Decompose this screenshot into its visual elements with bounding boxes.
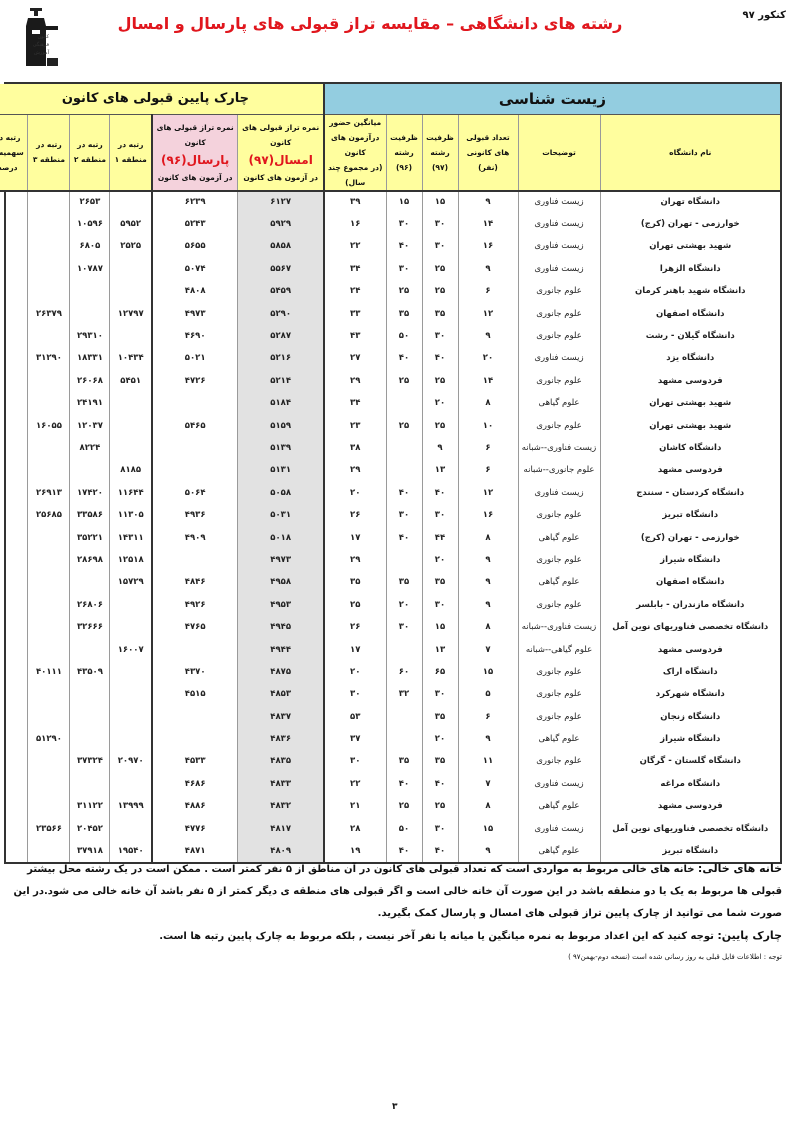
cell-rank-region2: ۲۹۳۱۰: [70, 325, 110, 347]
cell-rank-region1: [110, 258, 152, 280]
cell-rank-region3: [28, 638, 70, 660]
cell-rank-region2: ۲۴۱۹۱: [70, 392, 110, 414]
cell-capacity-96: ۴۰: [386, 773, 422, 795]
cell-university: دانشگاه اصفهان: [600, 302, 780, 324]
svg-text:کانون: کانون: [37, 34, 49, 40]
cell-rank-region1: ۱۲۵۱۸: [110, 549, 152, 571]
col-capacity-96-line: رشته: [387, 145, 422, 160]
cell-taraz-96: [152, 549, 238, 571]
cell-taraz-97: ۵۲۸۷: [238, 325, 324, 347]
cell-rank-region3: [28, 750, 70, 772]
cell-capacity-96: ۴۰: [386, 235, 422, 257]
cell-taraz-96: [152, 392, 238, 414]
cell-taraz-97: ۴۹۵۸: [238, 571, 324, 593]
table-row: فردوسی مشهدعلوم جانوری۱۴۲۵۲۵۲۹۵۲۱۴۴۷۲۶۵۴…: [0, 370, 780, 392]
cell-taraz-97: ۴۸۱۷: [238, 817, 324, 839]
cell-rank-5pct: [0, 347, 28, 369]
cell-rank-5pct: [0, 750, 28, 772]
table-row: دانشگاه کردستان - سنندجزیست فناوری۱۲۴۰۴۰…: [0, 482, 780, 504]
col-description: توضیحات: [518, 114, 600, 191]
cell-rank-region1: [110, 392, 152, 414]
cell-rank-5pct: [0, 661, 28, 683]
col-rank-region2-line: رتبه در: [70, 137, 109, 152]
cell-rank-region3: [28, 705, 70, 727]
cell-capacity-97: ۳۰: [422, 683, 458, 705]
chark-band: چارک پایین قبولی های کانون: [0, 84, 324, 114]
cell-rank-region1: [110, 437, 152, 459]
cell-rank-region2: [70, 705, 110, 727]
cell-taraz-96: ۴۹۷۳: [152, 302, 238, 324]
cell-accepted-count: ۶: [458, 705, 518, 727]
cell-capacity-96: [386, 437, 422, 459]
cell-capacity-97: ۴۰: [422, 482, 458, 504]
col-taraz-97-big: امسال(۹۷): [238, 150, 323, 170]
cell-university: دانشگاه اراک: [600, 661, 780, 683]
field-band: زیست شناسی: [324, 84, 780, 114]
cell-capacity-97: ۲۵: [422, 258, 458, 280]
cell-rank-5pct: [0, 616, 28, 638]
cell-rank-region1: ۱۱۶۴۴: [110, 482, 152, 504]
cell-rank-region2: ۱۰۷۸۷: [70, 258, 110, 280]
cell-capacity-97: ۲۵: [422, 280, 458, 302]
cell-taraz-97: ۵۲۱۶: [238, 347, 324, 369]
cell-description: علوم جانوری: [518, 280, 600, 302]
cell-taraz-97: ۵۸۵۸: [238, 235, 324, 257]
cell-description: زیست فناوری--شبانه: [518, 437, 600, 459]
cell-university: دانشگاه مازندران - بابلسر: [600, 594, 780, 616]
cell-capacity-96: ۳۰: [386, 258, 422, 280]
cell-accepted-count: ۶: [458, 459, 518, 481]
page-title: رشته های دانشگاهی – مقایسه تراز قبولی ها…: [110, 14, 630, 33]
cell-taraz-96: [152, 437, 238, 459]
cell-university: دانشگاه تهران: [600, 191, 780, 213]
col-capacity-96-line: ظرفیت: [387, 130, 422, 145]
cell-rank-region1: ۲۰۹۷۰: [110, 750, 152, 772]
cell-rank-region2: ۳۳۵۸۶: [70, 504, 110, 526]
cell-taraz-97: ۴۹۷۳: [238, 549, 324, 571]
table-row: دانشگاه زنجانعلوم جانوری۶۳۵۵۳۴۸۳۷: [0, 705, 780, 727]
cell-taraz-96: ۵۶۵۵: [152, 235, 238, 257]
page-number: ۳: [392, 1102, 398, 1112]
cell-rank-region2: [70, 773, 110, 795]
cell-capacity-96: [386, 705, 422, 727]
cell-rank-region3: [28, 235, 70, 257]
cell-capacity-97: ۶۵: [422, 661, 458, 683]
cell-rank-region2: ۲۶۸۰۶: [70, 594, 110, 616]
table-row: دانشگاه اراکعلوم جانوری۱۵۶۵۶۰۲۰۴۸۷۵۴۳۷۰۴…: [0, 661, 780, 683]
cell-accepted-count: ۱۲: [458, 302, 518, 324]
cell-capacity-96: ۲۵: [386, 795, 422, 817]
cell-rank-region2: ۴۳۵۰۹: [70, 661, 110, 683]
cell-rank-region3: ۲۳۵۶۶: [28, 817, 70, 839]
cell-rank-region3: [28, 459, 70, 481]
cell-taraz-96: [152, 459, 238, 481]
cell-taraz-97: ۴۸۷۵: [238, 661, 324, 683]
cell-taraz-96: ۶۲۳۹: [152, 191, 238, 213]
cell-description: علوم گیاهی: [518, 392, 600, 414]
kanoon-logo-icon: کانون فرهنگی آموزش: [22, 6, 60, 68]
cell-rank-region1: ۵۹۵۲: [110, 213, 152, 235]
cell-description: زیست فناوری: [518, 817, 600, 839]
cell-description: علوم جانوری: [518, 549, 600, 571]
col-accepted-count-line: (نفر): [459, 160, 518, 175]
table-row: خوارزمی - تهران (کرج)علوم گیاهی۸۴۴۴۰۱۷۵۰…: [0, 526, 780, 548]
cell-capacity-96: ۲۵: [386, 370, 422, 392]
col-taraz-97-bottom: در آزمون های کانون: [238, 170, 323, 185]
cell-avg-attendance: ۲۹: [324, 459, 386, 481]
cell-description: علوم گیاهی: [518, 795, 600, 817]
col-capacity-97: ظرفیترشته(۹۷): [422, 114, 458, 191]
cell-capacity-96: ۴۰: [386, 526, 422, 548]
cell-rank-region1: ۲۵۲۵: [110, 235, 152, 257]
cell-taraz-97: ۴۹۵۳: [238, 594, 324, 616]
col-rank-region2: رتبه درمنطقه ۲: [70, 114, 110, 191]
col-rank-5pct-line: سهمیه ۵: [0, 145, 27, 160]
col-taraz-96-top: نمره تراز قبولی های کانون: [153, 120, 238, 150]
table-row: فردوسی مشهدعلوم گیاهی--شبانه۷۱۳۱۷۴۹۴۴۱۶۰…: [0, 638, 780, 660]
cell-rank-region3: ۱۶۰۵۵: [28, 414, 70, 436]
cell-capacity-97: ۳۵: [422, 302, 458, 324]
cell-rank-region3: [28, 683, 70, 705]
cell-capacity-97: ۲۰: [422, 549, 458, 571]
cell-capacity-96: [386, 549, 422, 571]
cell-avg-attendance: ۲۰: [324, 661, 386, 683]
cell-university: فردوسی مشهد: [600, 370, 780, 392]
cell-capacity-97: ۴۰: [422, 347, 458, 369]
cell-taraz-96: [152, 728, 238, 750]
cell-capacity-97: ۱۳: [422, 459, 458, 481]
cell-university: دانشگاه شیراز: [600, 728, 780, 750]
cell-avg-attendance: ۳۴: [324, 392, 386, 414]
cell-description: زیست فناوری: [518, 347, 600, 369]
cell-description: زیست فناوری: [518, 258, 600, 280]
cell-capacity-97: ۳۵: [422, 705, 458, 727]
cell-university: دانشگاه کردستان - سنندج: [600, 482, 780, 504]
cell-taraz-97: ۵۲۱۴: [238, 370, 324, 392]
col-taraz-96-big: پارسال(۹۶): [153, 150, 238, 170]
table-row: دانشگاه تبریزعلوم جانوری۱۶۳۰۳۰۲۶۵۰۳۱۴۹۳۶…: [0, 504, 780, 526]
cell-university: دانشگاه گلستان - گرگان: [600, 750, 780, 772]
cell-avg-attendance: ۲۶: [324, 616, 386, 638]
cell-rank-region2: ۱۷۴۲۰: [70, 482, 110, 504]
cell-accepted-count: ۲۰: [458, 347, 518, 369]
cell-university: دانشگاه زنجان: [600, 705, 780, 727]
cell-rank-region1: ۱۱۳۰۵: [110, 504, 152, 526]
col-capacity-96: ظرفیترشته(۹۶): [386, 114, 422, 191]
cell-rank-5pct: [0, 482, 28, 504]
cell-capacity-97: ۳۰: [422, 235, 458, 257]
konkur-label: کنکور ۹۷: [743, 10, 786, 21]
col-rank-region3: رتبه درمنطقه ۳: [28, 114, 70, 191]
cell-avg-attendance: ۲۲: [324, 235, 386, 257]
cell-rank-region2: [70, 728, 110, 750]
cell-accepted-count: ۱۶: [458, 235, 518, 257]
cell-avg-attendance: ۲۵: [324, 594, 386, 616]
cell-taraz-97: ۵۴۵۹: [238, 280, 324, 302]
cell-university: دانشگاه کاشان: [600, 437, 780, 459]
cell-taraz-97: ۵۱۵۹: [238, 414, 324, 436]
cell-university: دانشگاه تبریز: [600, 504, 780, 526]
table-row: دانشگاه شیرازعلوم جانوری۹۲۰۲۹۴۹۷۳۱۲۵۱۸۲۸…: [0, 549, 780, 571]
cell-rank-region1: [110, 414, 152, 436]
cell-rank-5pct: [0, 258, 28, 280]
cell-capacity-96: ۲۵: [386, 280, 422, 302]
cell-taraz-97: ۵۰۱۸: [238, 526, 324, 548]
cell-rank-region2: [70, 571, 110, 593]
cell-rank-region3: [28, 571, 70, 593]
col-rank-region1-line: منطقه ۱: [110, 152, 151, 167]
cell-avg-attendance: ۳۳: [324, 302, 386, 324]
cell-rank-region1: [110, 683, 152, 705]
cell-rank-region2: ۲۸۶۹۸: [70, 549, 110, 571]
cell-rank-region1: ۱۳۹۹۹: [110, 795, 152, 817]
cell-accepted-count: ۱۵: [458, 817, 518, 839]
cell-avg-attendance: ۲۳: [324, 414, 386, 436]
cell-capacity-97: ۳۰: [422, 594, 458, 616]
cell-university: خوارزمی - تهران (کرج): [600, 526, 780, 548]
column-header-row: نام دانشگاهتوضیحاتتعداد قبولیهای کانونی(…: [0, 114, 780, 191]
cell-rank-region3: [28, 392, 70, 414]
cell-description: علوم جانوری: [518, 750, 600, 772]
cell-rank-5pct: [0, 728, 28, 750]
cell-rank-region2: [70, 638, 110, 660]
col-rank-region3-line: رتبه در: [28, 137, 69, 152]
cell-avg-attendance: ۳۸: [324, 437, 386, 459]
col-avg-attendance-line: درآزمون های کانون: [325, 130, 386, 160]
cell-description: علوم گیاهی: [518, 571, 600, 593]
cell-rank-region3: [28, 594, 70, 616]
table-row: شهید بهشتی تهرانزیست فناوری۱۶۳۰۴۰۲۲۵۸۵۸۵…: [0, 235, 780, 257]
cell-accepted-count: ۸: [458, 616, 518, 638]
cell-accepted-count: ۱۵: [458, 661, 518, 683]
cell-rank-5pct: [0, 594, 28, 616]
table-row: خوارزمی - تهران (کرج)زیست فناوری۱۴۳۰۳۰۱۶…: [0, 213, 780, 235]
cell-accepted-count: ۱۱: [458, 750, 518, 772]
cell-avg-attendance: ۲۲: [324, 773, 386, 795]
cell-avg-attendance: ۲۸: [324, 817, 386, 839]
cell-rank-5pct: [0, 370, 28, 392]
cell-description: علوم گیاهی--شبانه: [518, 638, 600, 660]
cell-capacity-96: ۵۰: [386, 817, 422, 839]
note-chark-label: چارک پایین:: [717, 929, 782, 942]
cell-rank-region1: ۱۲۷۹۷: [110, 302, 152, 324]
cell-accepted-count: ۷: [458, 773, 518, 795]
cell-rank-5pct: [0, 459, 28, 481]
cell-avg-attendance: ۳۵: [324, 571, 386, 593]
cell-university: دانشگاه تخصصی فناوریهای نوین آمل: [600, 817, 780, 839]
cell-taraz-97: ۴۸۳۲: [238, 795, 324, 817]
cell-description: زیست فناوری: [518, 482, 600, 504]
cell-rank-region1: [110, 191, 152, 213]
cell-rank-region1: [110, 817, 152, 839]
cell-rank-region2: [70, 302, 110, 324]
col-university: نام دانشگاه: [600, 114, 780, 191]
cell-capacity-96: ۳۰: [386, 616, 422, 638]
cell-taraz-97: ۵۱۸۴: [238, 392, 324, 414]
note-empty-cells: خانه های خالی: خانه های خالی مربوط به مو…: [12, 858, 782, 925]
cell-description: علوم گیاهی: [518, 728, 600, 750]
table-row: دانشگاه مراغهزیست فناوری۷۴۰۴۰۲۲۴۸۳۳۴۶۸۶: [0, 773, 780, 795]
cell-accepted-count: ۷: [458, 638, 518, 660]
cell-capacity-97: ۱۳: [422, 638, 458, 660]
note-empty-text: خانه های خالی مربوط به مواردی است که تعد…: [13, 864, 782, 919]
cell-capacity-97: ۳۰: [422, 817, 458, 839]
table-row: دانشگاه تهرانزیست فناوری۹۱۵۱۵۳۹۶۱۲۷۶۲۳۹۲…: [0, 191, 780, 213]
cell-rank-region1: [110, 705, 152, 727]
cell-university: خوارزمی - تهران (کرج): [600, 213, 780, 235]
col-capacity-97-line: (۹۷): [423, 160, 458, 175]
cell-avg-attendance: ۱۷: [324, 638, 386, 660]
cell-capacity-97: ۲۰: [422, 392, 458, 414]
table-row: دانشگاه یزدزیست فناوری۲۰۴۰۴۰۲۷۵۲۱۶۵۰۲۱۱۰…: [0, 347, 780, 369]
update-note: توجه : اطلاعات فایل قبلی به روز رسانی شد…: [12, 950, 782, 964]
cell-rank-region2: [70, 459, 110, 481]
cell-rank-5pct: [0, 549, 28, 571]
cell-capacity-96: [386, 459, 422, 481]
cell-description: علوم جانوری: [518, 325, 600, 347]
cell-rank-region2: ۲۰۴۵۲: [70, 817, 110, 839]
cell-rank-region3: [28, 258, 70, 280]
col-rank-region1-line: رتبه در: [110, 137, 151, 152]
col-taraz-96-bottom: در آزمون های کانون: [153, 170, 238, 185]
cell-description: علوم جانوری: [518, 661, 600, 683]
cell-taraz-97: ۴۹۴۴: [238, 638, 324, 660]
cell-rank-region3: [28, 437, 70, 459]
cell-taraz-96: ۴۸۸۶: [152, 795, 238, 817]
cell-taraz-96: ۴۷۷۶: [152, 817, 238, 839]
note-chark-text: توجه کنید که این اعداد مربوط به نمره میا…: [159, 931, 717, 942]
cell-taraz-97: ۴۸۳۳: [238, 773, 324, 795]
cell-description: زیست فناوری: [518, 191, 600, 213]
cell-accepted-count: ۱۰: [458, 414, 518, 436]
cell-description: علوم جانوری: [518, 705, 600, 727]
cell-rank-5pct: [0, 235, 28, 257]
cell-university: فردوسی مشهد: [600, 459, 780, 481]
col-capacity-97-line: رشته: [423, 145, 458, 160]
cell-rank-5pct: [0, 638, 28, 660]
cell-taraz-96: ۵۴۶۵: [152, 414, 238, 436]
table-row: فردوسی مشهدعلوم جانوری--شبانه۶۱۳۲۹۵۱۳۱۸۱…: [0, 459, 780, 481]
cell-taraz-97: ۵۵۶۷: [238, 258, 324, 280]
cell-avg-attendance: ۱۷: [324, 526, 386, 548]
cell-accepted-count: ۱۶: [458, 504, 518, 526]
cell-avg-attendance: ۳۰: [324, 683, 386, 705]
cell-rank-region3: [28, 549, 70, 571]
cell-rank-region2: ۱۸۳۳۱: [70, 347, 110, 369]
cell-taraz-96: ۵۰۶۴: [152, 482, 238, 504]
cell-description: علوم جانوری: [518, 683, 600, 705]
cell-capacity-96: ۳۲: [386, 683, 422, 705]
cell-capacity-97: ۲۵: [422, 414, 458, 436]
cell-rank-region1: ۱۶۰۰۷: [110, 638, 152, 660]
cell-rank-5pct: [0, 526, 28, 548]
cell-taraz-97: ۴۸۳۷: [238, 705, 324, 727]
cell-taraz-96: ۴۸۴۶: [152, 571, 238, 593]
cell-rank-region3: ۲۵۶۸۵: [28, 504, 70, 526]
col-taraz-96: نمره تراز قبولی های کانونپارسال(۹۶)در آز…: [152, 114, 238, 191]
cell-taraz-96: [152, 705, 238, 727]
table-row: دانشگاه اصفهانعلوم جانوری۱۲۳۵۳۵۳۳۵۲۹۰۴۹۷…: [0, 302, 780, 324]
cell-capacity-96: ۳۰: [386, 504, 422, 526]
cell-rank-region1: [110, 661, 152, 683]
cell-university: فردوسی مشهد: [600, 795, 780, 817]
cell-accepted-count: ۹: [458, 325, 518, 347]
cell-rank-region3: ۴۰۱۱۱: [28, 661, 70, 683]
cell-university: دانشگاه شهرکرد: [600, 683, 780, 705]
table-row: دانشگاه تخصصی فناوریهای نوین آملزیست فنا…: [0, 616, 780, 638]
col-rank-5pct-line: رتبه در: [0, 130, 27, 145]
col-rank-region2-line: منطقه ۲: [70, 152, 109, 167]
col-taraz-97: نمره تراز قبولی های کانونامسال(۹۷)در آزم…: [238, 114, 324, 191]
cell-capacity-96: ۴۰: [386, 482, 422, 504]
cell-rank-region1: ۸۱۸۵: [110, 459, 152, 481]
cell-rank-5pct: [0, 504, 28, 526]
cell-rank-region3: [28, 616, 70, 638]
cell-capacity-97: ۱۵: [422, 616, 458, 638]
cell-taraz-96: ۴۵۳۳: [152, 750, 238, 772]
cell-university: دانشگاه اصفهان: [600, 571, 780, 593]
cell-avg-attendance: ۳۴: [324, 258, 386, 280]
col-rank-region3-line: منطقه ۳: [28, 152, 69, 167]
cell-rank-region3: ۵۱۲۹۰: [28, 728, 70, 750]
table-body: دانشگاه تهرانزیست فناوری۹۱۵۱۵۳۹۶۱۲۷۶۲۳۹۲…: [0, 191, 780, 863]
cell-rank-region1: ۱۰۴۳۴: [110, 347, 152, 369]
cell-university: دانشگاه شیراز: [600, 549, 780, 571]
cell-accepted-count: ۹: [458, 728, 518, 750]
cell-avg-attendance: ۴۳: [324, 325, 386, 347]
cell-description: علوم جانوری: [518, 504, 600, 526]
cell-rank-region1: ۵۴۵۱: [110, 370, 152, 392]
cell-rank-5pct: [0, 280, 28, 302]
cell-taraz-96: ۵۲۴۳: [152, 213, 238, 235]
cell-taraz-97: ۵۰۵۸: [238, 482, 324, 504]
cell-rank-region3: [28, 795, 70, 817]
cell-description: علوم جانوری: [518, 370, 600, 392]
cell-taraz-97: ۵۱۳۱: [238, 459, 324, 481]
cell-capacity-96: [386, 728, 422, 750]
cell-capacity-96: ۱۵: [386, 191, 422, 213]
cell-avg-attendance: ۲۱: [324, 795, 386, 817]
table-row: دانشگاه تخصصی فناوریهای نوین آملزیست فنا…: [0, 817, 780, 839]
svg-text:آموزش: آموزش: [34, 49, 50, 56]
cell-rank-region2: ۳۷۳۲۴: [70, 750, 110, 772]
cell-description: زیست فناوری--شبانه: [518, 616, 600, 638]
cell-rank-5pct: [0, 414, 28, 436]
cell-capacity-97: ۴۰: [422, 773, 458, 795]
cell-university: دانشگاه مراغه: [600, 773, 780, 795]
cell-capacity-96: ۲۰: [386, 594, 422, 616]
table-row: شهید بهشتی تهرانعلوم گیاهی۸۲۰۳۴۵۱۸۴۲۴۱۹۱: [0, 392, 780, 414]
cell-rank-region2: ۱۲۰۳۷: [70, 414, 110, 436]
cell-taraz-97: ۵۱۳۹: [238, 437, 324, 459]
cell-capacity-96: ۲۵: [386, 414, 422, 436]
table-row: دانشگاه کاشانزیست فناوری--شبانه۶۹۳۸۵۱۳۹۸…: [0, 437, 780, 459]
cell-avg-attendance: ۲۴: [324, 280, 386, 302]
col-rank-5pct: رتبه درسهمیه ۵درصد: [0, 114, 28, 191]
cell-rank-region1: [110, 728, 152, 750]
cell-description: زیست فناوری: [518, 235, 600, 257]
cell-avg-attendance: ۵۳: [324, 705, 386, 727]
cell-rank-region3: [28, 370, 70, 392]
cell-university: دانشگاه گیلان - رشت: [600, 325, 780, 347]
cell-accepted-count: ۹: [458, 191, 518, 213]
cell-avg-attendance: ۳۰: [324, 750, 386, 772]
cell-capacity-97: ۹: [422, 437, 458, 459]
col-accepted-count: تعداد قبولیهای کانونی(نفر): [458, 114, 518, 191]
table-row: دانشگاه گیلان - رشتعلوم جانوری۹۳۰۵۰۴۳۵۲۸…: [0, 325, 780, 347]
cell-capacity-97: ۳۵: [422, 571, 458, 593]
cell-taraz-97: ۴۸۵۳: [238, 683, 324, 705]
